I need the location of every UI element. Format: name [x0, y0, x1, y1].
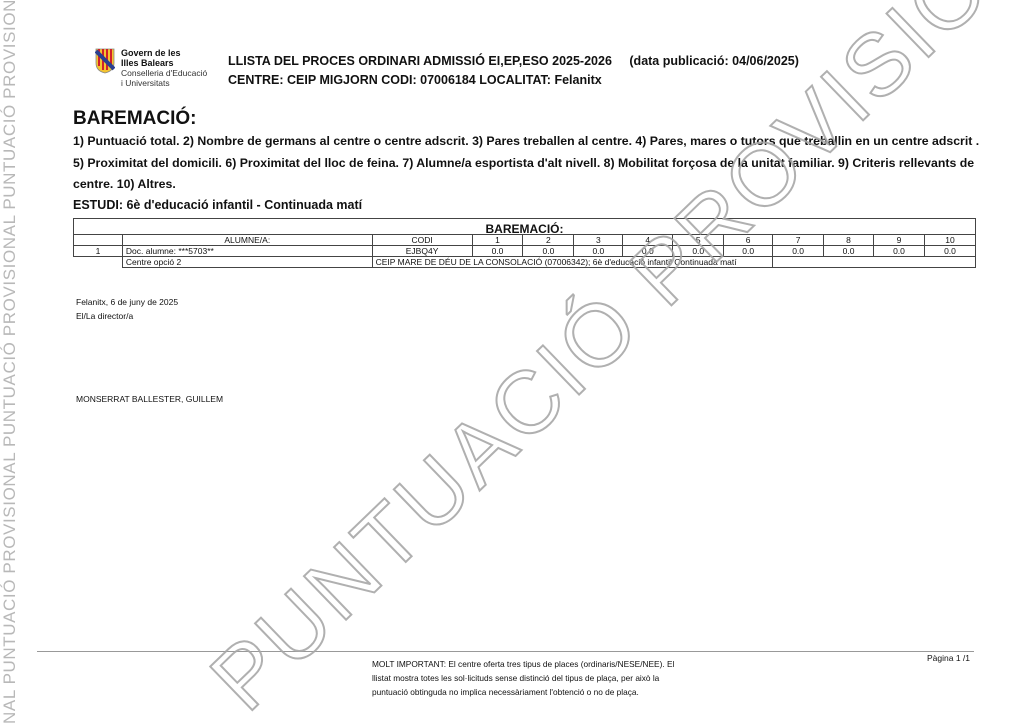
- signature-block: Felanitx, 6 de juny de 2025 El/La direct…: [76, 295, 178, 323]
- header-c6: 6: [724, 235, 773, 246]
- score-9: 0.0: [874, 246, 925, 257]
- header-c1: 1: [472, 235, 523, 246]
- government-logo: Govern de les Illes Balears Conselleria …: [95, 48, 207, 88]
- header-c5: 5: [673, 235, 724, 246]
- baremacio-heading: BAREMACIÓ:: [73, 108, 197, 130]
- header-c4: 4: [623, 235, 673, 246]
- director-name: MONSERRAT BALLESTER, GUILLEM: [76, 394, 223, 404]
- study-heading: ESTUDI: 6è d'educació infantil - Continu…: [73, 198, 362, 212]
- score-7: 0.0: [773, 246, 824, 257]
- place-date: Felanitx, 6 de juny de 2025: [76, 295, 178, 309]
- option-row: Centre opció 2 CEIP MARE DE DÉU DE LA CO…: [74, 257, 976, 268]
- header-c8: 8: [824, 235, 874, 246]
- logo-line4: i Universitats: [121, 78, 207, 88]
- score-1: 0.0: [472, 246, 523, 257]
- score-8: 0.0: [824, 246, 874, 257]
- student-doc: Doc. alumne: ***5703**: [122, 246, 372, 257]
- logo-line2: Illes Balears: [121, 58, 207, 68]
- coat-of-arms-icon: [95, 48, 115, 74]
- option-label: Centre opció 2: [122, 257, 372, 268]
- header-c7: 7: [773, 235, 824, 246]
- table-header-row: ALUMNE/A: CODI 1 2 3 4 5 6 7 8 9 10: [74, 235, 976, 246]
- header-codi: CODI: [372, 235, 472, 246]
- score-4: 0.0: [623, 246, 673, 257]
- logo-line1: Govern de les: [121, 48, 207, 58]
- document-title: LLISTA DEL PROCES ORDINARI ADMISSIÓ EI,E…: [228, 54, 612, 68]
- student-code: EJBQ4Y: [372, 246, 472, 257]
- header-num: [74, 235, 123, 246]
- footer-divider: [37, 651, 974, 652]
- publication-date: (data publicació: 04/06/2025): [629, 54, 799, 68]
- centre-info: CENTRE: CEIP MIGJORN CODI: 07006184 LOCA…: [228, 71, 799, 90]
- header-c9: 9: [874, 235, 925, 246]
- side-watermark: NAL PUNTUACIÓ PROVISIONAL PUNTUACIÓ PROV…: [0, 0, 20, 724]
- document-header: LLISTA DEL PROCES ORDINARI ADMISSIÓ EI,E…: [228, 52, 799, 90]
- option-centre: CEIP MARE DE DÉU DE LA CONSOLACIÓ (07006…: [372, 257, 773, 268]
- table-row: 1 Doc. alumne: ***5703** EJBQ4Y 0.0 0.0 …: [74, 246, 976, 257]
- score-6: 0.0: [724, 246, 773, 257]
- row-number: 1: [74, 246, 123, 257]
- score-5: 0.0: [673, 246, 724, 257]
- logo-line3: Conselleria d'Educació: [121, 68, 207, 78]
- score-3: 0.0: [574, 246, 623, 257]
- score-10: 0.0: [924, 246, 975, 257]
- score-2: 0.0: [523, 246, 574, 257]
- option-blank: [773, 257, 976, 268]
- signer-role: El/La director/a: [76, 309, 178, 323]
- footer-note: MOLT IMPORTANT: El centre oferta tres ti…: [372, 657, 682, 699]
- page-number: Pàgina 1 /1: [927, 653, 970, 663]
- criteria-legend: 1) Puntuació total. 2) Nombre de germans…: [73, 131, 983, 196]
- header-alumne: ALUMNE/A:: [122, 235, 372, 246]
- table-title: BAREMACIÓ:: [74, 219, 976, 235]
- scores-table: BAREMACIÓ: ALUMNE/A: CODI 1 2 3 4 5 6 7 …: [73, 218, 976, 268]
- header-c3: 3: [574, 235, 623, 246]
- header-c10: 10: [924, 235, 975, 246]
- header-c2: 2: [523, 235, 574, 246]
